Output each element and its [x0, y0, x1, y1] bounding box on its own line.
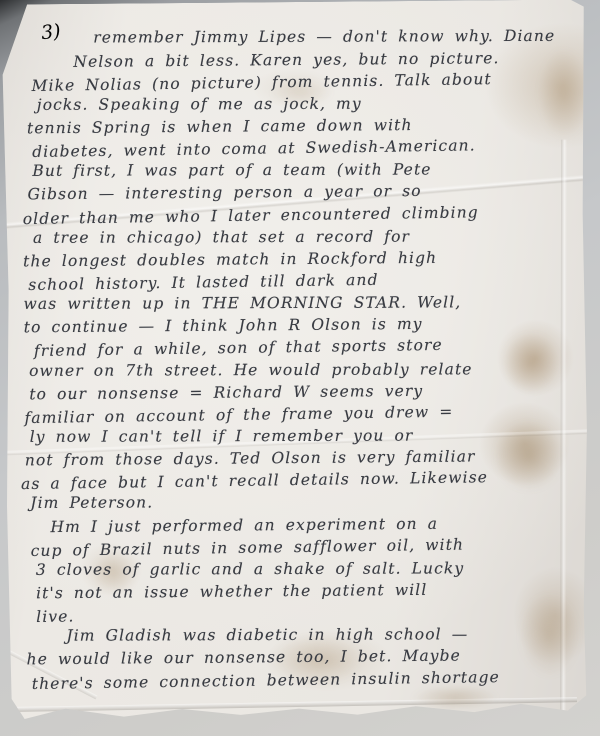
handwritten-line: 3 cloves of garlic and a shake of salt. …	[36, 559, 582, 583]
handwritten-line: was written up in THE MORNING STAR. Well…	[23, 293, 579, 317]
handwritten-line: Jim Peterson.	[30, 492, 581, 516]
letter-page: 3) remember Jimmy Lipes — don't know why…	[1, 0, 591, 721]
letter-photo: 3) remember Jimmy Lipes — don't know why…	[0, 0, 600, 736]
handwritten-line: owner on 7th street. He would probably r…	[29, 360, 580, 384]
handwritten-line: But first, I was part of a team (with Pe…	[32, 160, 578, 184]
letter-body: remember Jimmy Lipes — don't know why. D…	[1, 0, 591, 721]
handwritten-line: jocks. Speaking of me as jock, my	[37, 94, 578, 118]
handwritten-line: ly now I can't tell if I remember you or	[30, 426, 581, 450]
handwritten-line: a tree in chicago) that set a record for	[33, 227, 579, 251]
handwritten-line: Jim Gladish was diabetic in high school …	[66, 625, 582, 649]
handwritten-line: remember Jimmy Lipes — don't know why. D…	[93, 27, 577, 51]
